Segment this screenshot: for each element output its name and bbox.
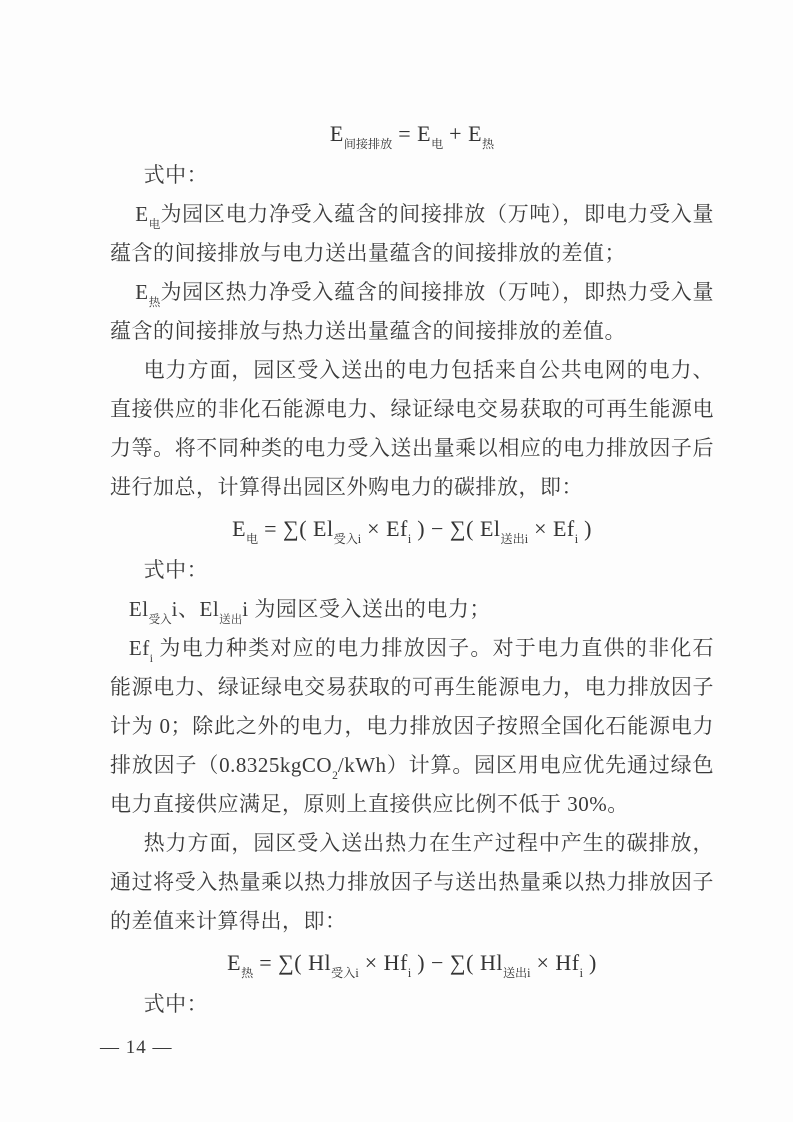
- where-label-2: 式中：: [110, 551, 714, 590]
- subscript: 2: [332, 770, 338, 782]
- subscript: i: [580, 966, 583, 980]
- subscript: i: [408, 532, 411, 546]
- subscript: 受入i: [331, 966, 359, 980]
- subscript: 电: [149, 219, 161, 231]
- subscript: 间接排放: [344, 137, 392, 151]
- definition-el-in-out: El受入i、El送出i 为园区受入送出的电力；: [110, 590, 714, 629]
- subscript: 热: [149, 297, 161, 309]
- subscript: 热: [482, 137, 494, 151]
- page-number: — 14 —: [100, 1037, 173, 1059]
- subscript: i: [150, 653, 153, 665]
- where-label-3: 式中：: [110, 985, 714, 1024]
- subscript: 电: [246, 532, 258, 546]
- subscript: 送出i: [503, 966, 531, 980]
- formula-electricity-emissions: E电 = ∑( El受入i × Efi ) − ∑( El送出i × Efi ): [110, 507, 714, 551]
- definition-e-electricity: E电为园区电力净受入蕴含的间接排放（万吨），即电力受入量蕴含的间接排放与电力送出…: [110, 195, 714, 273]
- document-page: E间接排放 = E电 + E热式中：E电为园区电力净受入蕴含的间接排放（万吨），…: [0, 0, 793, 1122]
- subscript: 受入i: [334, 532, 362, 546]
- definition-ef-factor: Efi 为电力种类对应的电力排放因子。对于电力直供的非化石能源电力、绿证绿电交易…: [110, 629, 714, 824]
- subscript: 电: [431, 137, 443, 151]
- subscript: 受入: [149, 614, 172, 626]
- subscript: 热: [241, 966, 253, 980]
- formula-indirect-emissions-total: E间接排放 = E电 + E热: [110, 112, 714, 156]
- formula-heat-emissions: E热 = ∑( Hl受入i × Hfi ) − ∑( Hl送出i × Hfi ): [110, 941, 714, 985]
- subscript: i: [575, 532, 578, 546]
- subscript: i: [408, 966, 411, 980]
- paragraph-electricity-explanation: 电力方面，园区受入送出的电力包括来自公共电网的电力、直接供应的非化石能源电力、绿…: [110, 351, 714, 507]
- subscript: 送出: [219, 614, 242, 626]
- subscript: 送出i: [501, 532, 529, 546]
- paragraph-heat-explanation: 热力方面，园区受入送出热力在生产过程中产生的碳排放，通过将受入热量乘以热力排放因…: [110, 824, 714, 941]
- document-body: E间接排放 = E电 + E热式中：E电为园区电力净受入蕴含的间接排放（万吨），…: [110, 112, 714, 1024]
- definition-e-heat: E热为园区热力净受入蕴含的间接排放（万吨），即热力受入量蕴含的间接排放与热力送出…: [110, 273, 714, 351]
- where-label-1: 式中：: [110, 156, 714, 195]
